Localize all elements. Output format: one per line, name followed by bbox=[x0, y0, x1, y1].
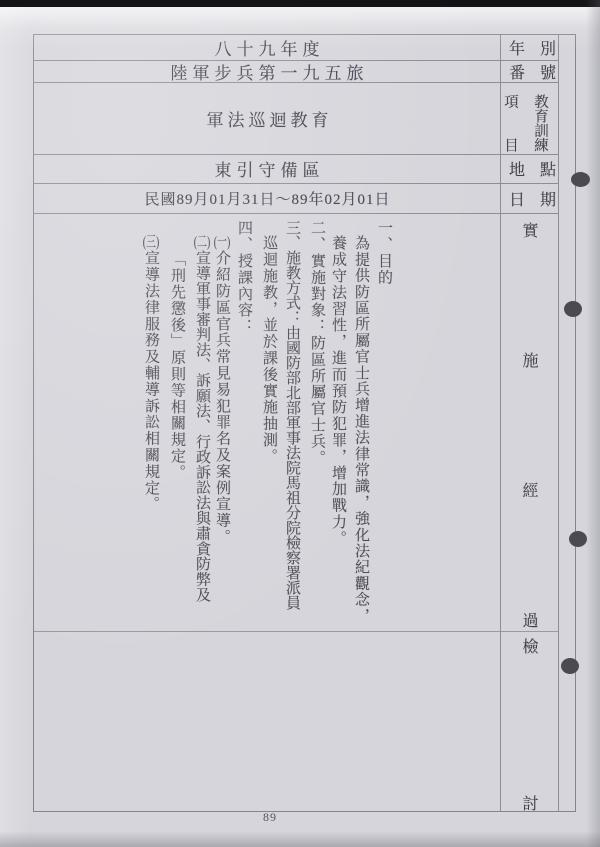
body-column-11: (三)宣導法律服務及輔導訴訟相關規定。 bbox=[141, 235, 161, 512]
page-number: 89 bbox=[250, 810, 290, 825]
unit-number-label: 番號 bbox=[500, 60, 558, 82]
binding-hole-dot bbox=[569, 531, 587, 547]
location-label: 地點 bbox=[500, 154, 558, 183]
year-label: 年別 bbox=[500, 35, 558, 60]
binding-hole-dot bbox=[561, 658, 579, 674]
body-column-8: (一)介紹防區官兵常見易犯罪名及案例宣導。 bbox=[212, 235, 232, 545]
body-column-9: (二)宣導軍事審判法、訴願法、行政訴訟法與肅貪防弊及 bbox=[192, 235, 212, 602]
body-column-3: 養成守法習性，進而預防犯罪，增加戰力。 bbox=[328, 235, 348, 547]
body-column-1: 一、目的 bbox=[374, 220, 394, 286]
date-value: 民國89月01月31日～89年02月01日 bbox=[34, 183, 500, 213]
training-subject-value: 軍法巡迴教育 bbox=[34, 82, 500, 154]
scan-edge-right bbox=[586, 0, 600, 847]
scan-edge-bottom bbox=[0, 831, 600, 847]
body-column-4: 二、實施對象：防區所屬官士兵。 bbox=[307, 220, 327, 466]
review-section-label: 檢討 bbox=[520, 631, 540, 811]
year-value: 八十九年度 bbox=[34, 35, 500, 60]
scan-edge-top-highlight bbox=[0, 7, 600, 29]
binding-margin-divider bbox=[558, 35, 559, 811]
unit-number-value: 陸軍步兵第一九五旅 bbox=[34, 60, 500, 82]
body-column-6: 巡迴施教，並於課後實施抽測。 bbox=[259, 235, 279, 465]
body-column-10: 「刑先懲後」原則等相關規定。 bbox=[167, 251, 187, 481]
row-divider bbox=[34, 213, 558, 214]
body-column-5: 三、施教方式：由國防部北部軍事法院馬祖分院檢察署派員 bbox=[282, 220, 302, 610]
row-divider bbox=[34, 631, 558, 632]
training-subject-label-right: 教育訓練 bbox=[534, 94, 551, 152]
body-column-7: 四、授課內容： bbox=[234, 220, 254, 335]
binding-hole-dot bbox=[564, 301, 582, 317]
implementation-section-label: 實施經過 bbox=[520, 214, 540, 632]
location-value: 東引守備區 bbox=[34, 154, 500, 183]
body-column-2: 為提供防區所屬官士兵增進法律常識，強化法紀觀念， bbox=[351, 235, 371, 624]
form-table: 八十九年度 陸軍步兵第一九五旅 軍法巡迴教育 東引守備區 民國89月01月31日… bbox=[33, 34, 576, 812]
scan-edge-top bbox=[0, 0, 600, 7]
scanned-document-page: 八十九年度 陸軍步兵第一九五旅 軍法巡迴教育 東引守備區 民國89月01月31日… bbox=[0, 0, 600, 847]
date-label: 日期 bbox=[500, 183, 558, 213]
